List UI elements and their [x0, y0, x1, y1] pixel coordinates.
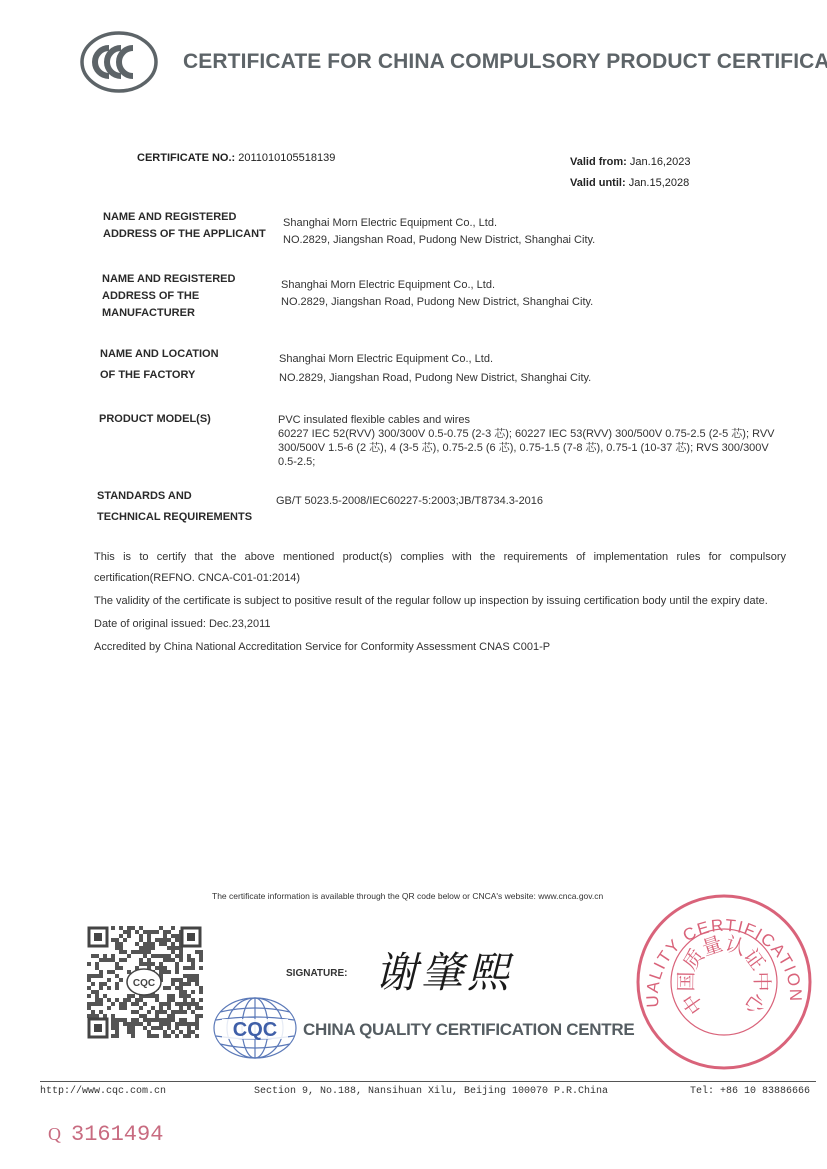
label-line: TECHNICAL REQUIREMENTS	[97, 507, 272, 528]
certificate-number-value: 2011010105518139	[238, 152, 335, 164]
serial-value: 3161494	[71, 1122, 163, 1147]
product-models: 60227 IEC 52(RVV) 300/300V 0.5-0.75 (2-3…	[278, 427, 778, 469]
factory-value: Shanghai Morn Electric Equipment Co., Lt…	[279, 350, 779, 388]
footer-tel: Tel: +86 10 83886666	[690, 1086, 810, 1097]
certify-statement: This is to certify that the above mentio…	[94, 547, 786, 589]
label-line: NAME AND LOCATION	[100, 344, 275, 365]
certificate-number: CERTIFICATE NO.: 2011010105518139	[137, 152, 335, 164]
serial-number: Q3161494	[48, 1122, 163, 1147]
factory-address: NO.2829, Jiangshan Road, Pudong New Dist…	[279, 369, 779, 388]
label-line: OF THE FACTORY	[100, 365, 275, 386]
valid-until-value: Jan.15,2028	[629, 177, 690, 189]
qr-center-logo: CQC	[133, 978, 155, 989]
manufacturer-name: Shanghai Morn Electric Equipment Co., Lt…	[281, 277, 781, 294]
signature-label: SIGNATURE:	[286, 968, 347, 979]
product-name: PVC insulated flexible cables and wires	[278, 413, 778, 427]
applicant-label: NAME AND REGISTERED ADDRESS OF THE APPLI…	[103, 209, 278, 243]
standards-label: STANDARDS AND TECHNICAL REQUIREMENTS	[97, 486, 272, 528]
label-line: NAME AND REGISTERED	[102, 271, 277, 288]
valid-from-value: Jan.16,2023	[630, 156, 691, 168]
certificate-number-label: CERTIFICATE NO.:	[137, 152, 235, 164]
cqc-globe-logo-icon: CQC	[212, 996, 298, 1060]
issuer-name: CHINA QUALITY CERTIFICATION CENTRE	[303, 1020, 634, 1040]
official-seal-stamp: CHINA QUALITY CERTIFICATION CENTRE 中国质量认…	[630, 893, 818, 1071]
ccc-logo-icon	[79, 30, 159, 94]
factory-name: Shanghai Morn Electric Equipment Co., Lt…	[279, 350, 779, 369]
label-line: STANDARDS AND	[97, 486, 272, 507]
serial-prefix: Q	[48, 1124, 61, 1144]
label-line: ADDRESS OF THE APPLICANT	[103, 226, 278, 243]
manufacturer-address: NO.2829, Jiangshan Road, Pudong New Dist…	[281, 294, 781, 311]
qr-note: The certificate information is available…	[212, 891, 603, 901]
label-line: NAME AND REGISTERED	[103, 209, 278, 226]
manufacturer-value: Shanghai Morn Electric Equipment Co., Lt…	[281, 277, 781, 311]
applicant-address: NO.2829, Jiangshan Road, Pudong New Dist…	[283, 232, 783, 249]
page-title: CERTIFICATE FOR CHINA COMPULSORY PRODUCT…	[183, 50, 827, 74]
product-label: PRODUCT MODEL(S)	[99, 411, 274, 428]
valid-from: Valid from: Jan.16,2023	[570, 156, 690, 168]
accreditation: Accredited by China National Accreditati…	[94, 637, 786, 658]
valid-from-label: Valid from:	[570, 156, 627, 168]
qr-code[interactable]: CQC	[86, 925, 203, 1040]
factory-label: NAME AND LOCATION OF THE FACTORY	[100, 344, 275, 386]
svg-text:国: 国	[674, 971, 698, 991]
original-issued: Date of original issued: Dec.23,2011	[94, 614, 786, 635]
label-line: MANUFACTURER	[102, 305, 277, 322]
valid-until: Valid until: Jan.15,2028	[570, 177, 689, 189]
footer-website[interactable]: http://www.cqc.com.cn	[40, 1086, 166, 1097]
label-line: ADDRESS OF THE	[102, 288, 277, 305]
validity-statement: The validity of the certificate is subje…	[94, 591, 786, 612]
valid-until-label: Valid until:	[570, 177, 626, 189]
statements: This is to certify that the above mentio…	[94, 547, 786, 658]
applicant-value: Shanghai Morn Electric Equipment Co., Lt…	[283, 215, 783, 249]
applicant-name: Shanghai Morn Electric Equipment Co., Lt…	[283, 215, 783, 232]
footer-address: Section 9, No.188, Nansihuan Xilu, Beiji…	[254, 1086, 608, 1097]
manufacturer-label: NAME AND REGISTERED ADDRESS OF THE MANUF…	[102, 271, 277, 322]
cqc-logo-text: CQC	[233, 1019, 277, 1041]
signature: 谢肇熙	[375, 940, 513, 1000]
footer-divider	[40, 1081, 816, 1082]
product-value: PVC insulated flexible cables and wires …	[278, 413, 778, 469]
svg-text:中: 中	[750, 971, 774, 991]
standards-value: GB/T 5023.5-2008/IEC60227-5:2003;JB/T873…	[276, 493, 776, 510]
